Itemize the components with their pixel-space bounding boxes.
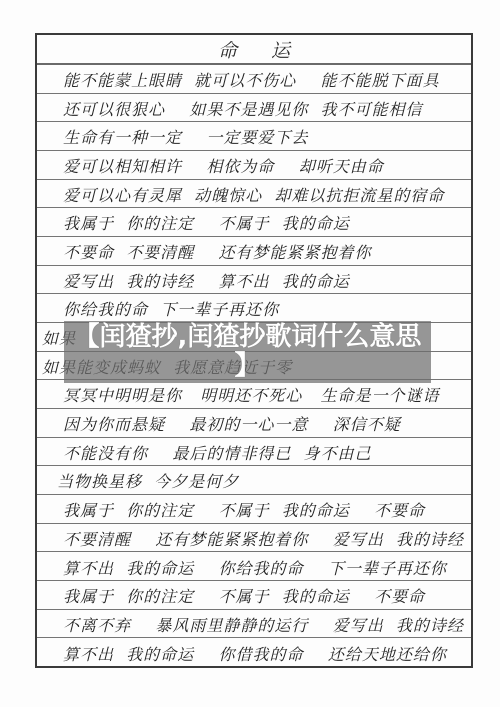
song-title-row: 命 运 bbox=[37, 35, 471, 65]
lyric-text: 不能没有你 最后的情非得已 身不由己 bbox=[63, 445, 372, 463]
lyric-row: 不要命 不要清醒 还有梦能紧紧抱着你 bbox=[37, 237, 471, 266]
lyric-text: 不要清醒 还有梦能紧紧抱着你 爱写出 我的诗经 bbox=[63, 531, 464, 549]
lyric-row: 不能没有你 最后的情非得已 身不由己 bbox=[37, 438, 471, 467]
lyric-row: 爱可以心有灵犀 动魄惊心 却难以抗拒流星的宿命 bbox=[37, 180, 471, 209]
lyric-text: 我属于 你的注定 不属于 我的命运 不要命 bbox=[63, 502, 425, 520]
lyric-row: 因为你而悬疑 最初的一心一意 深信不疑 bbox=[37, 409, 471, 438]
lyric-row: 爱写出 我的诗经 算不出 我的命运 bbox=[37, 266, 471, 295]
lyric-text: 算不出 我的命运 你借我的命 还给天地还给你 bbox=[63, 646, 447, 664]
lyric-text: 当物换星移 今夕是何夕 bbox=[57, 473, 239, 491]
lyric-text: 还可以很狠心 如果不是遇见你 我不可能相信 bbox=[63, 101, 423, 119]
lyric-row: 冥冥中明明是你 明明还不死心 生命是一个谜语 bbox=[37, 380, 471, 409]
lyric-row: 我属于 你的注定 不属于 我的命运 不要命 bbox=[37, 495, 471, 524]
caption-overlay: 【闰猹抄,闰猹抄歌词什么意思 】 bbox=[64, 321, 431, 383]
lyric-row: 算不出 我的命运 你给我的命 下一辈子再还你 bbox=[37, 552, 471, 581]
lyric-text: 爱可以心有灵犀 动魄惊心 却难以抗拒流星的宿命 bbox=[63, 187, 444, 205]
lyric-row: 能不能蒙上眼睛 就可以不伤心 能不能脱下面具 bbox=[37, 65, 471, 94]
scanned-page: 命 运 能不能蒙上眼睛 就可以不伤心 能不能脱下面具还可以很狠心 如果不是遇见你… bbox=[0, 0, 500, 707]
lyric-text: 我属于 你的注定 不属于 我的命运 不要命 bbox=[63, 588, 425, 606]
lyric-row: 算不出 我的命运 你借我的命 还给天地还给你 bbox=[37, 638, 471, 666]
lyric-text: 你给我的命 下一辈子再还你 bbox=[63, 301, 279, 319]
lyric-text: 因为你而悬疑 最初的一心一意 深信不疑 bbox=[63, 416, 401, 434]
lyric-text: 不要命 不要清醒 还有梦能紧紧抱着你 bbox=[63, 244, 372, 262]
lyric-row: 还可以很狠心 如果不是遇见你 我不可能相信 bbox=[37, 94, 471, 123]
lyric-text: 生命有一种一定 一定要爱下去 bbox=[63, 129, 308, 147]
lyric-row: 不离不弃 暴风雨里静静的运行 爱写出 我的诗经 bbox=[37, 610, 471, 639]
lyric-text: 我属于 你的注定 不属于 我的命运 bbox=[63, 215, 350, 233]
lyric-row: 我属于 你的注定 不属于 我的命运 不要命 bbox=[37, 581, 471, 610]
lyric-text: 冥冥中明明是你 明明还不死心 生命是一个谜语 bbox=[63, 387, 440, 405]
lyric-text: 不离不弃 暴风雨里静静的运行 爱写出 我的诗经 bbox=[63, 617, 464, 635]
caption-overlay-text-line2: 】 bbox=[234, 352, 260, 381]
lyric-text: 能不能蒙上眼睛 就可以不伤心 能不能脱下面具 bbox=[63, 72, 440, 90]
lyric-row: 当物换星移 今夕是何夕 bbox=[37, 466, 471, 495]
lyric-row: 不要清醒 还有梦能紧紧抱着你 爱写出 我的诗经 bbox=[37, 524, 471, 553]
lyric-text: 爱写出 我的诗经 算不出 我的命运 bbox=[63, 273, 350, 291]
lyric-row: 爱可以相知相许 相依为命 却听天由命 bbox=[37, 151, 471, 180]
lyric-row: 我属于 你的注定 不属于 我的命运 bbox=[37, 208, 471, 237]
lyric-row: 你给我的命 下一辈子再还你 bbox=[37, 294, 471, 323]
caption-overlay-text-line1: 【闰猹抄,闰猹抄歌词什么意思 bbox=[74, 323, 422, 352]
song-title: 命 运 bbox=[218, 36, 304, 63]
lyric-text: 爱可以相知相许 相依为命 却听天由命 bbox=[63, 158, 384, 176]
lyric-text: 算不出 我的命运 你给我的命 下一辈子再还你 bbox=[63, 560, 447, 578]
lyric-row: 生命有一种一定 一定要爱下去 bbox=[37, 122, 471, 151]
